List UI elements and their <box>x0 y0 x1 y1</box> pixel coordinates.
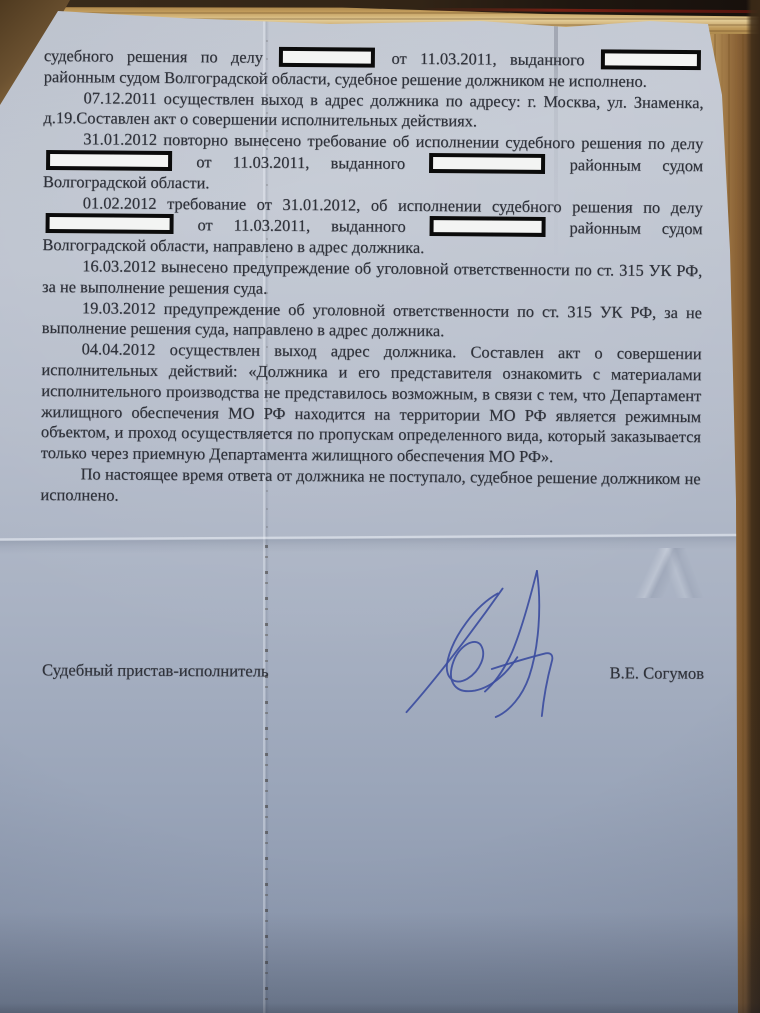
paragraph-closing: По настоящее время ответа от должника не… <box>40 464 700 511</box>
redaction-bar <box>46 150 172 171</box>
paper-wrinkles <box>600 548 720 598</box>
redaction-bar <box>601 49 701 70</box>
text-segment: от 11.03.2011, выданного <box>391 49 584 70</box>
text-segment: районным судом Волгоградской области, су… <box>44 67 647 91</box>
photo-of-document: судебного решения по делу от 11.03.2011,… <box>0 0 760 1013</box>
redaction-bar <box>429 153 545 174</box>
paragraph-16-03-2012: 16.03.2012 вынесено предупреждение об уг… <box>42 256 702 303</box>
text-segment: 31.01.2012 повторно вынесено требование … <box>83 129 703 153</box>
paragraph-31-01-2012: 31.01.2012 повторно вынесено требование … <box>43 129 703 198</box>
body-text: судебного решения по делу от 11.03.2011,… <box>40 45 704 511</box>
paragraph-04-04-2012: 04.04.2012 осуществлен выход адрес должн… <box>41 339 702 469</box>
text-segment: от 11.03.2011, выданного <box>196 152 405 173</box>
text-segment: 07.12.2011 осуществлен выход в адрес дол… <box>43 88 703 131</box>
text-segment: от 11.03.2011, выданного <box>197 216 405 237</box>
signature-row: Судебный пристав-исполнитель В.Е. Согумо… <box>42 660 704 683</box>
paragraph-continuation: судебного решения по делу от 11.03.2011,… <box>44 45 704 93</box>
handwritten-signature <box>398 567 566 719</box>
text-segment: 19.03.2012 предупреждение об уголовной о… <box>42 298 702 341</box>
document-page: судебного решения по делу от 11.03.2011,… <box>0 0 760 1013</box>
text-segment: 16.03.2012 вынесено предупреждение об уг… <box>42 256 702 297</box>
redaction-bar <box>430 216 546 237</box>
paragraph-19-03-2012: 19.03.2012 предупреждение об уголовной о… <box>42 298 702 345</box>
paragraph-01-02-2012: 01.02.2012 требование от 31.01.2012, об … <box>42 193 702 262</box>
text-segment: судебного решения по делу <box>44 46 263 67</box>
text-segment: 04.04.2012 осуществлен выход адрес должн… <box>41 339 702 466</box>
redaction-bar <box>46 213 174 234</box>
text-segment: По настоящее время ответа от должника не… <box>40 464 700 504</box>
wood-board-gap <box>746 0 760 1013</box>
signatory-role: Судебный пристав-исполнитель <box>42 660 269 681</box>
paragraph-07-12-2011: 07.12.2011 осуществлен выход в адрес дол… <box>43 88 703 135</box>
text-segment: 01.02.2012 требование от 31.01.2012, об … <box>83 193 703 217</box>
redaction-bar <box>279 47 375 68</box>
crease-dirt-specks <box>265 545 268 1013</box>
signatory-name: В.Е. Согумов <box>609 663 704 683</box>
